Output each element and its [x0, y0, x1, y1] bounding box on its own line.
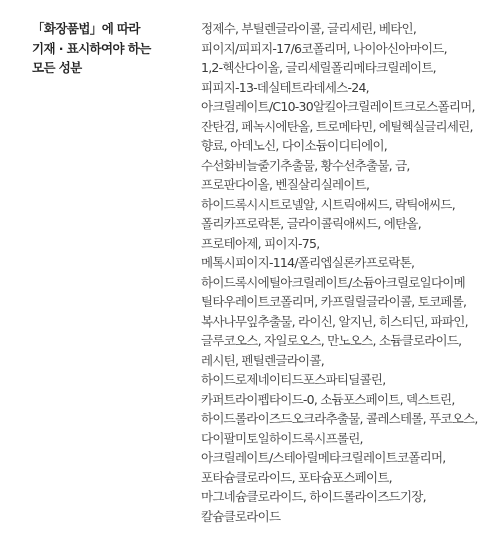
ingredients-label: 「화장품법」에 따라 기재 · 표시하여야 하는 모든 성분 — [32, 19, 192, 78]
ingredient-line: 칼슘클로라이드 — [201, 507, 496, 527]
ingredient-line: 복사나무잎추출물, 라이신, 알지닌, 히스티딘, 파파인, — [201, 312, 496, 332]
ingredient-line: 마그네슘클로라이드, 하이드롤라이즈드기장, — [201, 487, 496, 507]
ingredient-line: 아크릴레이트/C10-30알킬아크릴레이트크로스폴리머, — [201, 97, 496, 117]
ingredient-line: 하이드롤라이즈드오크라추출물, 콜레스테롤, 푸코오스, — [201, 409, 496, 429]
label-line: 기재 · 표시하여야 하는 — [32, 39, 192, 59]
ingredient-line: 정제수, 부틸렌글라이콜, 글리세린, 베타인, — [201, 19, 496, 39]
ingredient-line: 다이팔미토일하이드록시프롤린, — [201, 429, 496, 449]
ingredient-line: 프로판다이올, 벤질살리실레이트, — [201, 175, 496, 195]
ingredient-line: 피피지-13-데실테트라데세스-24, — [201, 78, 496, 98]
ingredient-line: 틸타우레이트코폴리머, 카프릴릴글라이콜, 토코페롤, — [201, 292, 496, 312]
ingredient-line: 잔탄검, 페녹시에탄올, 트로메타민, 에틸헥실글리세린, — [201, 117, 496, 137]
ingredient-line: 글루코오스, 자일로오스, 만노오스, 소듐클로라이드, — [201, 331, 496, 351]
ingredients-list: 정제수, 부틸렌글라이콜, 글리세린, 베타인, 피이지/피피지-17/6코폴리… — [201, 19, 496, 526]
ingredient-line: 하이드록시에틸아크릴레이트/소듐아크릴로일다이메 — [201, 273, 496, 293]
label-line: 「화장품법」에 따라 — [32, 19, 192, 39]
ingredient-line: 향료, 아데노신, 다이소듐이디티에이, — [201, 136, 496, 156]
ingredient-line: 피이지/피피지-17/6코폴리머, 나이아신아마이드, — [201, 39, 496, 59]
ingredient-line: 카퍼트라이펩타이드-0, 소듐포스페이트, 덱스트린, — [201, 390, 496, 410]
ingredient-line: 포타슘클로라이드, 포타슘포스페이트, — [201, 468, 496, 488]
ingredients-table-row: 「화장품법」에 따라 기재 · 표시하여야 하는 모든 성분 정제수, 부틸렌글… — [0, 0, 500, 536]
ingredient-line: 1,2-헥산다이올, 글리세릴폴리메타크릴레이트, — [201, 58, 496, 78]
ingredient-line: 수선화비늘줄기추출물, 황수선추출물, 금, — [201, 156, 496, 176]
ingredient-line: 레시틴, 펜틸렌글라이콜, — [201, 351, 496, 371]
ingredient-line: 하이드로제네이티드포스파티딜콜린, — [201, 370, 496, 390]
label-line: 모든 성분 — [32, 58, 192, 78]
ingredient-line: 폴리카프로락톤, 글라이콜릭애씨드, 에탄올, — [201, 214, 496, 234]
ingredient-line: 프로테아제, 피이지-75, — [201, 234, 496, 254]
ingredient-line: 하이드록시시트로넬알, 시트릭애씨드, 락틱애씨드, — [201, 195, 496, 215]
ingredient-line: 메톡시피이지-114/폴리엡실론카프로락톤, — [201, 253, 496, 273]
ingredient-line: 아크릴레이트/스테아릴메타크릴레이트코폴리머, — [201, 448, 496, 468]
